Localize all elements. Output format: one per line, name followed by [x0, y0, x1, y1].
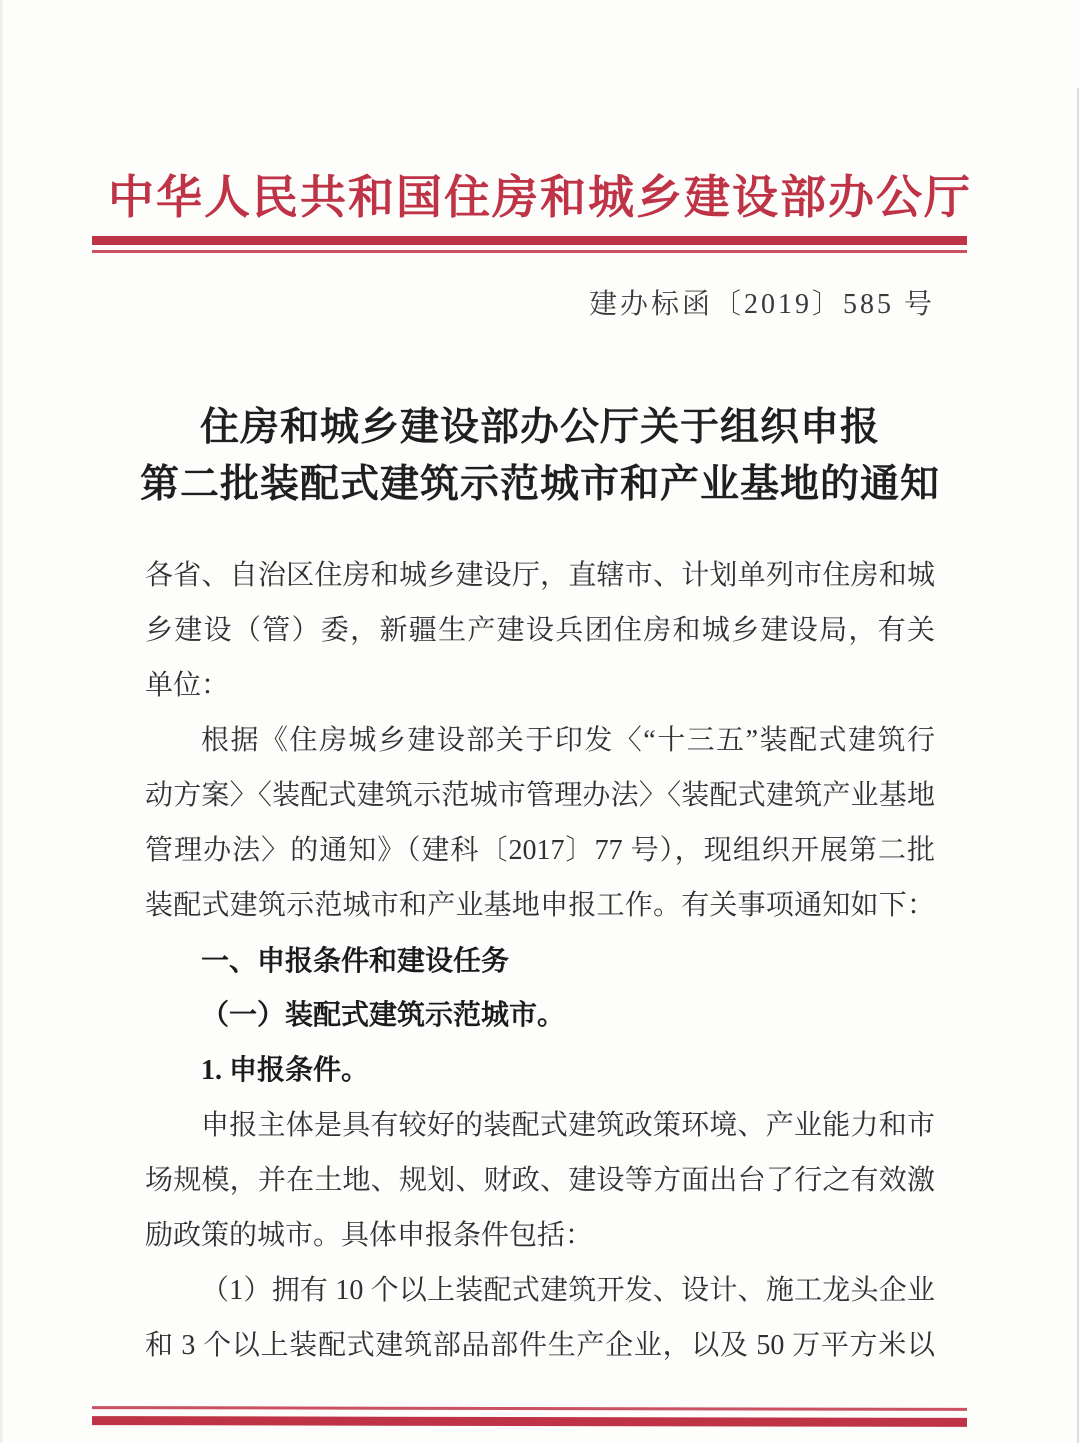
body-line: 根据《住房城乡建设部关于印发〈“十三五”装配式建筑行 — [145, 713, 935, 768]
body-line: 申报主体是具有较好的装配式建筑政策环境、产业能力和市 — [145, 1098, 935, 1153]
scan-edge-right-artifact — [1077, 88, 1079, 1443]
body-line: 装配式建筑示范城市和产业基地申报工作。有关事项通知如下： — [145, 878, 935, 933]
footer-rule-thin-bar — [92, 1406, 967, 1411]
body-line: 励政策的城市。具体申报条件包括： — [145, 1208, 935, 1263]
footer-rule — [92, 1406, 967, 1427]
document-page: 中华人民共和国住房和城乡建设部办公厅 建办标函〔2019〕585 号 住房和城乡… — [0, 0, 1080, 1443]
body-line: 1. 申报条件。 — [145, 1043, 935, 1098]
body-line: 和 3 个以上装配式建筑部品部件生产企业，以及 50 万平方米以 — [145, 1318, 935, 1373]
footer-rule-thick-bar — [92, 1416, 967, 1427]
body-line: 一、申报条件和建设任务 — [145, 933, 935, 988]
body-line: （1）拥有 10 个以上装配式建筑开发、设计、施工龙头企业 — [145, 1263, 935, 1318]
doc-title: 住房和城乡建设部办公厅关于组织申报 第二批装配式建筑示范城市和产业基地的通知 — [0, 399, 1080, 513]
doc-number: 建办标函〔2019〕585 号 — [0, 286, 935, 324]
doc-title-line1: 住房和城乡建设部办公厅关于组织申报 — [0, 399, 1080, 456]
agency-name: 中华人民共和国住房和城乡建设部办公厅 — [0, 170, 1080, 226]
body-line: 单位： — [145, 658, 935, 713]
body-line: 管理办法〉的通知》（建科〔2017〕77 号），现组织开展第二批 — [145, 823, 935, 878]
doc-title-line2: 第二批装配式建筑示范城市和产业基地的通知 — [0, 456, 1080, 513]
body-line: 乡建设（管）委，新疆生产建设兵团住房和城乡建设局，有关 — [145, 603, 935, 658]
body-line: 各省、自治区住房和城乡建设厅，直辖市、计划单列市住房和城 — [145, 548, 935, 603]
body-line: 场规模，并在土地、规划、财政、建设等方面出台了行之有效激 — [145, 1153, 935, 1208]
body-line: 动方案〉〈装配式建筑示范城市管理办法〉〈装配式建筑产业基地 — [145, 768, 935, 823]
header-rule — [92, 236, 967, 253]
document-body: 各省、自治区住房和城乡建设厅，直辖市、计划单列市住房和城乡建设（管）委，新疆生产… — [145, 548, 935, 1373]
header-rule-thin-bar — [92, 250, 967, 253]
body-line: （一）装配式建筑示范城市。 — [145, 988, 935, 1043]
header-rule-thick-bar — [92, 236, 967, 245]
